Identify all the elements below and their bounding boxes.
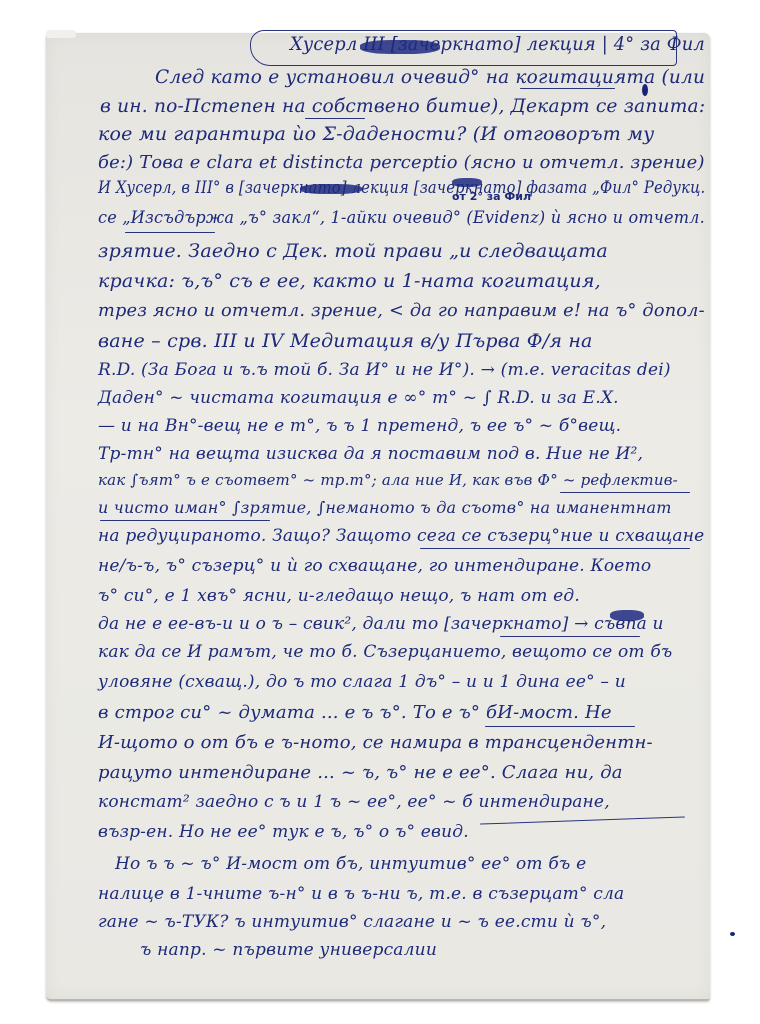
text-line-16: и чисто иман° ∫зрятие, ∫неманото ъ да съ… xyxy=(98,498,672,517)
text-line-28: Но ъ ъ ~ ъ° И-мост от бъ, интуитив° ее° … xyxy=(115,854,586,874)
text-line-4: бе:) Това е clara et distincta perceptio… xyxy=(98,152,705,173)
text-line-9: трез ясно и отчетл. зрение, < да го напр… xyxy=(98,300,705,321)
text-line-31: ъ напр. ~ първите универсалии xyxy=(140,940,437,960)
text-line-11: R.D. (За Бога и ъ.ъ той б. За И° и не И°… xyxy=(98,360,671,380)
text-line-25: рацуто интендиране ... ~ ъ, ъ° не е ее°.… xyxy=(98,762,623,783)
scribble-strikeout xyxy=(610,610,644,621)
text-line-30: гане ~ ъ-ТУК? ъ интуитив° слагане и ~ ъ … xyxy=(98,912,606,932)
text-line-7: зрятие. Заедно с Дек. той прави „и следв… xyxy=(98,240,608,262)
text-line-26: констат² заедно с ъ и 1 ъ ~ ее°, ее° ~ б… xyxy=(98,792,610,812)
text-line-14: Тр-тн° на вещта изисква да я поставим по… xyxy=(98,444,643,464)
page-heading: Хусерл III [зачеркнато] лекция | 4° за Ф… xyxy=(290,33,705,55)
text-line-15: как ∫ъят° ъ е съответ° ~ тр.т°; ала ние … xyxy=(98,471,678,489)
ink-dot xyxy=(730,932,735,936)
text-line-23: в строг си° ~ думата ... е ъ ъ°. То е ъ°… xyxy=(98,702,612,723)
text-line-5: И Хусерл, в III° в [зачеркнато] лекция [… xyxy=(98,178,705,198)
text-line-1: След като е установил очевид° на когитац… xyxy=(155,66,705,88)
text-line-17: на редуцираното. Защо? Защото сега се съ… xyxy=(98,526,704,546)
text-line-29: налице в 1-чните ъ-н° и в ъ ъ-ни ъ, т.е.… xyxy=(98,884,624,904)
text-line-18: не/ъ-ъ, ъ° съзерц° и ѝ го схващане, го и… xyxy=(98,556,651,576)
text-line-20: да не е ее-въ-и и о ъ – свик², дали то [… xyxy=(98,614,664,634)
text-line-6: се „Изсъдържа „ъ° закл“, 1-айки очевид° … xyxy=(98,208,705,228)
text-line-10: ване – срв. III и IV Медитация в/у Първа… xyxy=(98,330,593,352)
text-line-21: как да се И рамът, че то б. Съзерцанието… xyxy=(98,642,672,662)
text-line-13: — и на Вн°-вещ не е т°, ъ ъ 1 претенд, ъ… xyxy=(98,416,621,436)
text-line-24: И-щото о от бъ е ъ-ното, се намира в тра… xyxy=(98,732,653,753)
text-line-3: кое ми гарантира ѝо Σ-дадености? (И отго… xyxy=(98,123,654,145)
text-line-19: ъ° си°, е 1 хвъ° ясни, и-гледащо нещо, ъ… xyxy=(98,586,580,606)
text-line-22: уловяне (схващ.), до ъ то слага 1 дъ° – … xyxy=(98,672,626,692)
paper-corner-tear xyxy=(46,30,76,38)
text-line-12: Даден° ~ чистата когитация е ∞° т° ~ ∫ R… xyxy=(98,388,619,408)
text-line-27: възр-ен. Но не ее° тук е ъ, ъ° о ъ° евид… xyxy=(98,822,469,842)
text-line-2: в ин. по-Пстепен на собствено битие), Де… xyxy=(100,95,705,117)
text-line-8: крачка: ъ,ъ° съ е ее, както и 1-ната ког… xyxy=(98,270,601,292)
